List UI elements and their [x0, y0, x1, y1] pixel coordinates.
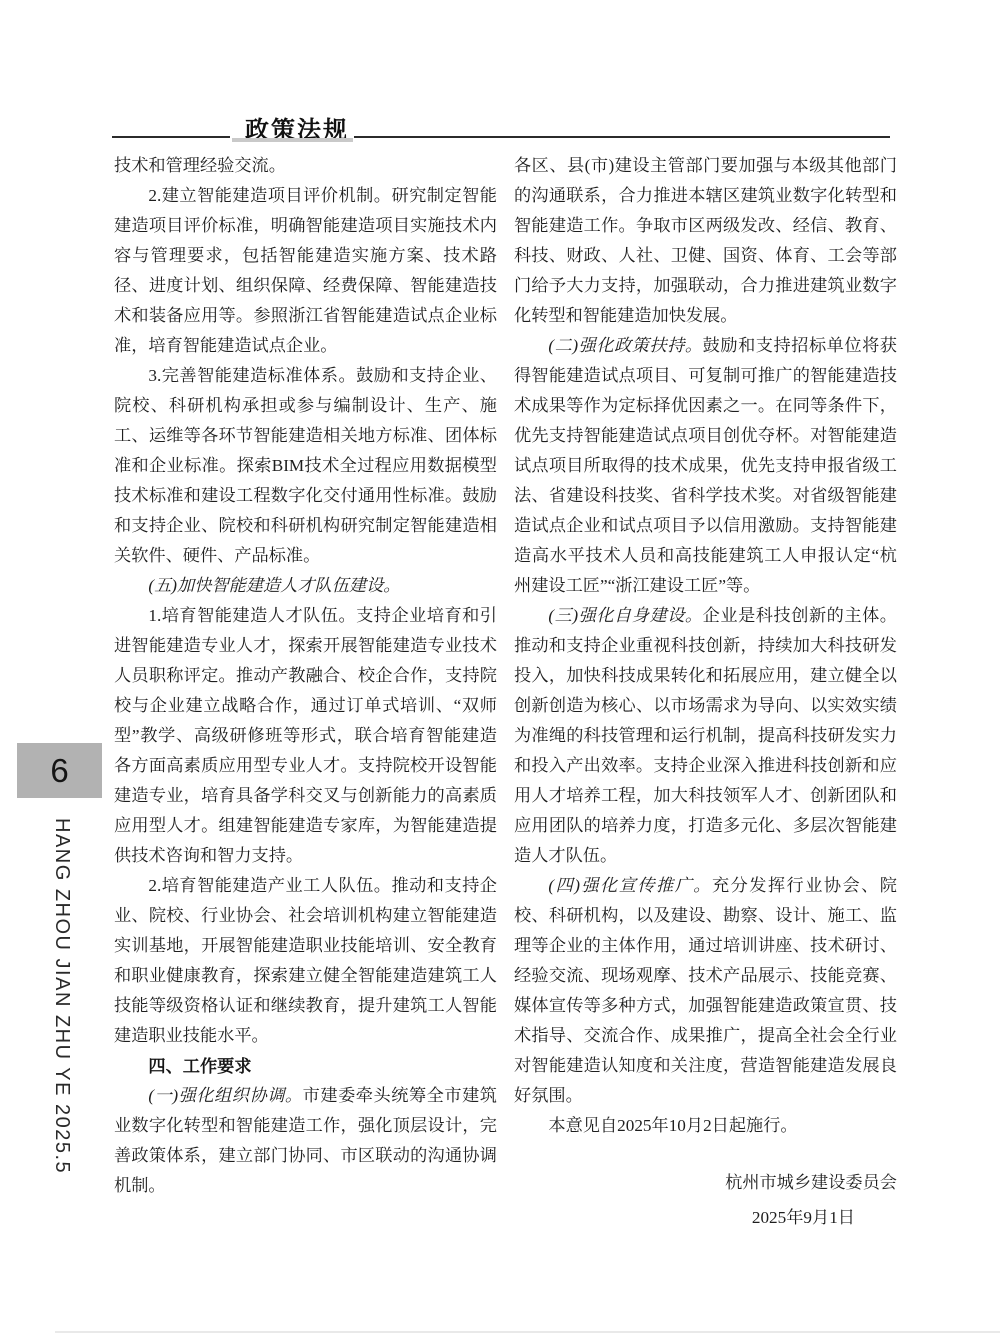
left-column: 技术和管理经验交流。 2.建立智能建造项目评价机制。研究制定智能建造项目评价标准…	[114, 151, 497, 1201]
paragraph-requirement-4: (四)强化宣传推广。充分发挥行业协会、院校、科研机构，以及建设、勘察、设计、施工…	[514, 871, 897, 1111]
paragraph-item-2: 2.建立智能建造项目评价机制。研究制定智能建造项目评价标准，明确智能建造项目实施…	[114, 181, 497, 361]
page-number: 6	[50, 752, 68, 790]
page-number-badge: 6	[17, 743, 102, 798]
paragraph-effective-date: 本意见自2025年10月2日起施行。	[514, 1111, 897, 1141]
magazine-page: 政策法规 6 HANG ZHOU JIAN ZHU YE 2025.5 技术和管…	[0, 0, 1000, 1337]
journal-spine-text: HANG ZHOU JIAN ZHU YE 2025.5	[50, 818, 73, 1178]
paragraph-requirement-3: (三)强化自身建设。企业是科技创新的主体。推动和支持企业重视科技创新，持续加大科…	[514, 601, 897, 871]
paragraph-continuation: 各区、县(市)建设主管部门要加强与本级其他部门的沟通联系，合力推进本辖区建筑业数…	[514, 151, 897, 331]
issue-date: 2025年9月1日	[514, 1200, 897, 1235]
subsection-heading-5: (五)加快智能建造人才队伍建设。	[114, 571, 497, 601]
issuing-organization: 杭州市城乡建设委员会	[514, 1165, 897, 1200]
header-rule-left	[112, 136, 230, 138]
paragraph-lead: (一)强化组织协调。	[148, 1086, 302, 1105]
paragraph-lead: (四)强化宣传推广。	[548, 876, 712, 895]
paragraph-requirement-1: (一)强化组织协调。市建委牵头统筹全市建筑业数字化转型和智能建造工作，强化顶层设…	[114, 1081, 497, 1201]
paragraph-lead: (二)强化政策扶持。	[548, 336, 702, 355]
paragraph-lead: (三)强化自身建设。	[548, 606, 702, 625]
scan-page-edge	[55, 1331, 1000, 1333]
paragraph-requirement-2: (二)强化政策扶持。鼓励和支持招标单位将获得智能建造试点项目、可复制可推广的智能…	[514, 331, 897, 601]
paragraph-item-3: 3.完善智能建造标准体系。鼓励和支持企业、院校、科研机构承担或参与编制设计、生产…	[114, 361, 497, 571]
paragraph-talent-2: 2.培育智能建造产业工人队伍。推动和支持企业、院校、行业协会、社会培训机构建立智…	[114, 871, 497, 1051]
header-rule-right	[354, 136, 890, 138]
section-heading-4: 四、工作要求	[114, 1051, 497, 1081]
title-underline	[232, 138, 353, 142]
paragraph-talent-1: 1.培育智能建造人才队伍。支持企业培育和引进智能建造专业人才，探索开展智能建造专…	[114, 601, 497, 871]
paragraph-continuation: 技术和管理经验交流。	[114, 151, 497, 181]
signature-block: 杭州市城乡建设委员会 2025年9月1日	[514, 1165, 897, 1235]
right-column: 各区、县(市)建设主管部门要加强与本级其他部门的沟通联系，合力推进本辖区建筑业数…	[514, 151, 897, 1235]
